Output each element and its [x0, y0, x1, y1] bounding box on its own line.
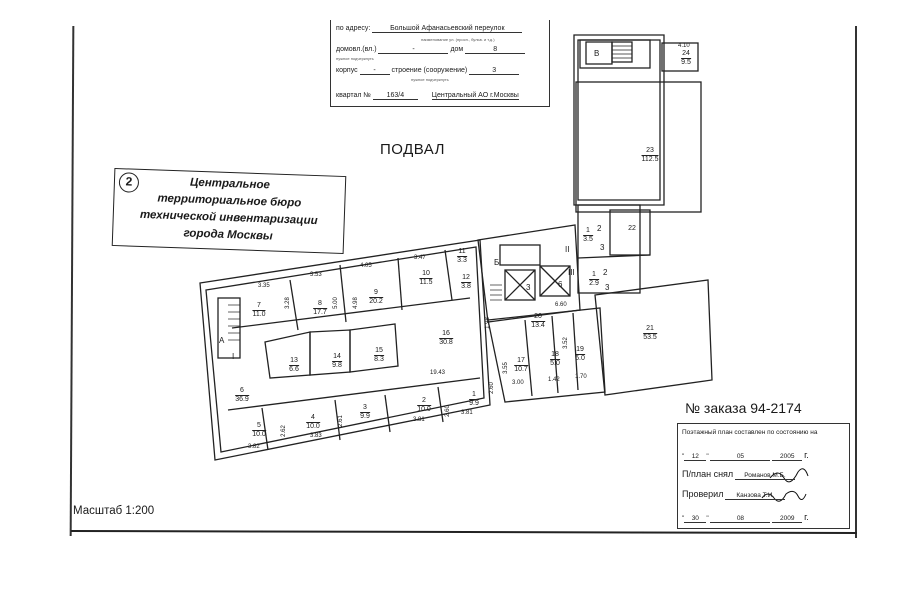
- room-label-21: 2153.5: [643, 325, 657, 342]
- dimension: 1.98: [485, 317, 491, 329]
- scale-label: Масштаб 1:200: [73, 505, 154, 517]
- room-label-16: 1630.8: [439, 330, 453, 347]
- dimension: 3.47: [414, 255, 426, 261]
- wc-mark: 2: [597, 224, 601, 233]
- room-label-6: 636.9: [235, 387, 249, 404]
- lift-mark: 3: [526, 283, 530, 292]
- room-label-7: 711.0: [252, 302, 265, 319]
- room-label-20: 2013.4: [531, 313, 545, 330]
- dimension: 1.70: [575, 374, 587, 380]
- room-label-3: 39.9: [360, 404, 370, 421]
- dimension: 3.81: [413, 417, 425, 423]
- wc-mark: 2: [603, 268, 607, 277]
- room-label-18: 185.0: [550, 351, 560, 368]
- room-label-1a: 13.5: [583, 227, 593, 244]
- room-label-14: 149.8: [332, 353, 342, 370]
- dimension: 2.61: [338, 415, 344, 427]
- stair-label-v: В: [594, 49, 599, 58]
- room-label-9: 920.2: [369, 289, 383, 306]
- dimension: 3.35: [258, 283, 270, 289]
- lift-mark: 6: [558, 280, 562, 289]
- room-label-11: 113.3: [457, 248, 467, 265]
- dimension: 6.60: [555, 302, 567, 308]
- order-number: № заказа 94-2174: [685, 400, 802, 416]
- dimension: 3.82: [248, 444, 260, 450]
- dimension: 5.00: [333, 297, 339, 309]
- dimension: 3.52: [563, 337, 569, 349]
- dimension: 3.53: [310, 272, 322, 278]
- dimension: 19.43: [430, 370, 445, 376]
- dimension: 2.60: [445, 405, 451, 417]
- dimension: 1.42: [548, 377, 560, 383]
- room-label-24: 249.5: [681, 50, 691, 67]
- room-label-22: 22: [628, 225, 636, 233]
- dimension: 3.83: [310, 433, 322, 439]
- section-mark-ii: II: [565, 245, 569, 254]
- title-block: Поэтажный план составлен по состоянию на…: [677, 423, 850, 529]
- room-label-8: 817.7: [313, 300, 327, 317]
- dimension: 3.81: [461, 410, 473, 416]
- dimension: 3.28: [285, 297, 291, 309]
- surveyed-by: Романов М.Б.: [735, 472, 795, 480]
- room-label-1: 19.9: [469, 391, 479, 408]
- checked-label: Проверил: [682, 489, 723, 499]
- date2-day: 30: [684, 515, 706, 523]
- section-mark-iii: III: [568, 268, 575, 277]
- section-mark-i: I: [232, 352, 234, 361]
- room-label-19: 196.0: [575, 346, 585, 363]
- dimension: 2.62: [281, 425, 287, 437]
- room-label-1b: 12.9: [589, 271, 599, 288]
- dimension: 4.05: [360, 263, 372, 269]
- wc-mark: 3: [600, 243, 604, 252]
- dimension: 2.60: [489, 382, 495, 394]
- plan-heading: Поэтажный план составлен по состоянию на: [682, 429, 817, 436]
- dimension: 4.98: [353, 297, 359, 309]
- room-label-23: 23112.5: [642, 147, 659, 164]
- date1-year: 2005: [772, 453, 802, 461]
- dimension: 4.10: [678, 43, 690, 49]
- dimension: 3.55: [503, 362, 509, 374]
- date1-month: 05: [710, 453, 770, 461]
- room-label-10: 1011.5: [419, 270, 432, 287]
- surveyed-label: П/план снял: [682, 469, 733, 479]
- room-label-13: 136.6: [289, 357, 299, 374]
- room-label-12: 123.8: [461, 274, 471, 291]
- room-label-2: 210.0: [417, 397, 431, 414]
- dimension: 3.00: [512, 380, 524, 386]
- date1-day: 12: [684, 453, 706, 461]
- stair-label-b: Б: [494, 258, 499, 267]
- room-label-15: 158.3: [374, 347, 384, 364]
- date2-month: 08: [710, 515, 770, 523]
- room-label-17: 1710.7: [514, 357, 528, 374]
- stair-label-a: А: [219, 336, 224, 345]
- date2-year: 2009: [772, 515, 802, 523]
- room-label-4: 410.0: [306, 414, 320, 431]
- checked-by: Канзова Т.И.: [725, 492, 785, 500]
- wc-mark: 3: [605, 283, 609, 292]
- room-label-5: 510.0: [252, 422, 266, 439]
